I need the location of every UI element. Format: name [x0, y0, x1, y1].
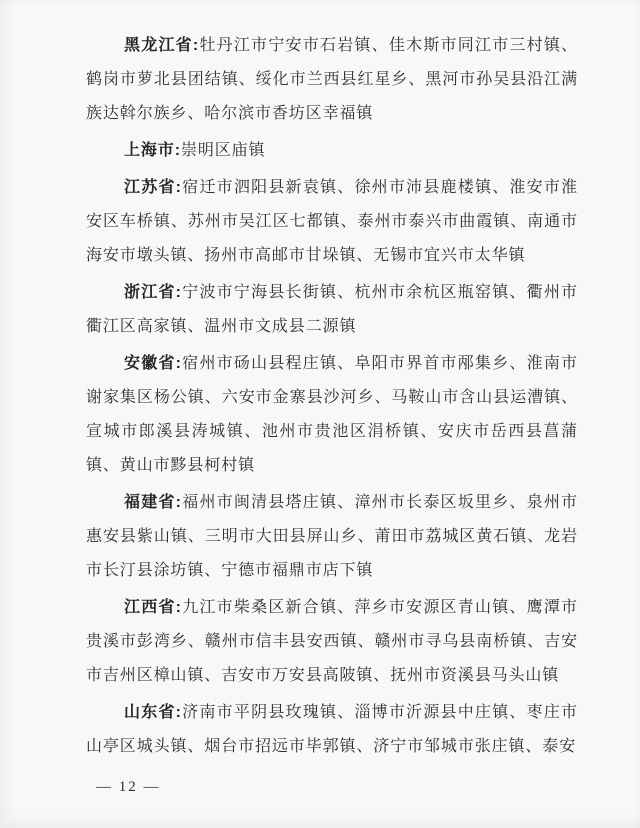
province-entry-jiangsu: 江苏省:宿迁市泗阳县新袁镇、徐州市沛县鹿楼镇、淮安市淮安区车桥镇、苏州市吴江区七… — [86, 171, 578, 273]
province-entry-heilongjiang: 黑龙江省:牡丹江市宁安市石岩镇、佳木斯市同江市三村镇、鹤岗市萝北县团结镇、绥化市… — [86, 29, 578, 131]
towns-text: 宿州市砀山县程庄镇、阜阳市界首市邴集乡、淮南市谢家集区杨公镇、六安市金寨县沙河乡… — [86, 355, 578, 474]
province-label: 江苏省: — [124, 179, 182, 196]
province-entry-jiangxi: 江西省:九江市柴桑区新合镇、萍乡市安源区青山镇、鹰潭市贵溪市彭湾乡、赣州市信丰县… — [86, 591, 578, 693]
province-label: 安徽省: — [124, 355, 182, 372]
province-entry-anhui: 安徽省:宿州市砀山县程庄镇、阜阳市界首市邴集乡、淮南市谢家集区杨公镇、六安市金寨… — [86, 347, 578, 483]
towns-text: 崇明区庙镇 — [181, 142, 266, 159]
page-number: — 12 — — [96, 779, 161, 796]
province-label: 山东省: — [124, 704, 182, 721]
document-body: 黑龙江省:牡丹江市宁安市石岩镇、佳木斯市同江市三村镇、鹤岗市萝北县团结镇、绥化市… — [0, 0, 640, 764]
document-page: 黑龙江省:牡丹江市宁安市石岩镇、佳木斯市同江市三村镇、鹤岗市萝北县团结镇、绥化市… — [0, 0, 640, 828]
province-label: 黑龙江省: — [124, 37, 199, 54]
province-label: 浙江省: — [124, 284, 182, 301]
province-label: 江西省: — [124, 599, 182, 616]
province-entry-shandong: 山东省:济南市平阴县玫瑰镇、淄博市沂源县中庄镇、枣庄市山亭区城头镇、烟台市招远市… — [86, 696, 578, 764]
province-label: 上海市: — [124, 142, 181, 159]
province-entry-shanghai: 上海市:崇明区庙镇 — [86, 134, 578, 168]
province-entry-fujian: 福建省:福州市闽清县塔庄镇、漳州市长泰区坂里乡、泉州市惠安县紫山镇、三明市大田县… — [86, 486, 578, 588]
province-label: 福建省: — [124, 494, 182, 511]
province-entry-zhejiang: 浙江省:宁波市宁海县长街镇、杭州市余杭区瓶窑镇、衢州市衢江区高家镇、温州市文成县… — [86, 276, 578, 344]
